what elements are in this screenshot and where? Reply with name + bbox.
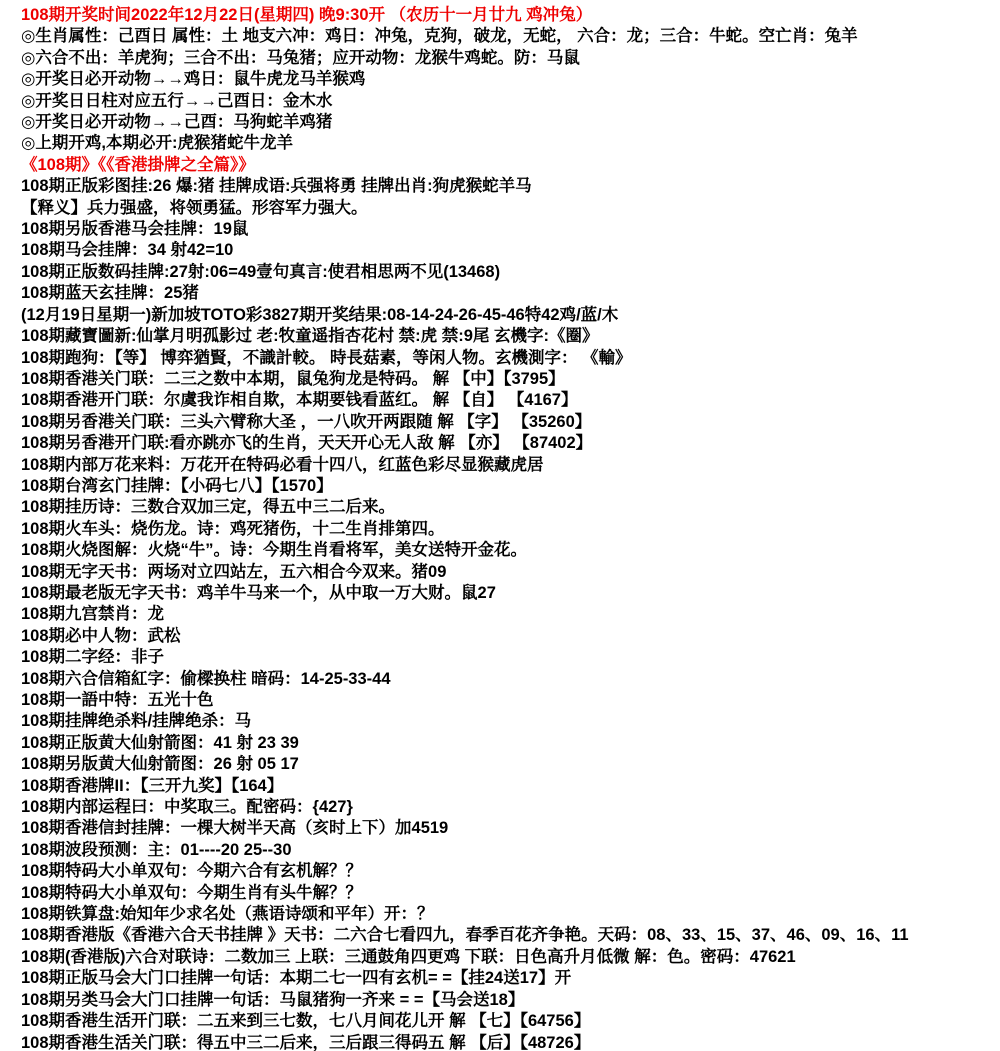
text-line: 108期正版数码挂牌:27射:06=49壹句真言:使君相思两不见(13468) (21, 262, 998, 283)
text-line: 108期最老版无字天书：鸡羊牛马来一个，从中取一万大财。鼠27 (21, 583, 998, 604)
text-line: 108期另类马会大门口挂牌一句话：马鼠猪狗一齐来 = =【马会送18】 (21, 990, 998, 1011)
text-line: ◎开奖日日柱对应五行→→己酉日：金木水 (21, 91, 998, 112)
highlight-text-line: 108期开奖时间2022年12月22日(星期四) 晚9:30开 （农历十一月廿九… (21, 5, 998, 26)
text-line: (12月19日星期一)新加坡TOTO彩3827期开奖结果:08-14-24-26… (21, 305, 998, 326)
text-line: 108期正版黄大仙射箭图：41 射 23 39 (21, 733, 998, 754)
text-line: 108期马会挂牌：34 射42=10 (21, 240, 998, 261)
text-line: 108期香港关门联：二三之数中本期，鼠兔狗龙是特码。 解 【中】【3795】 (21, 369, 998, 390)
text-line: 108期香港生活关门联：得五中三二后来，三后跟三得码五 解 【后】【48726】 (21, 1033, 998, 1051)
text-line: ◎生肖属性：己酉日 属性：土 地支六冲：鸡日：冲兔，克狗，破龙，无蛇， 六合：龙… (21, 26, 998, 47)
text-line: 108期无字天书：两场对立四站左，五六相合今双来。猪09 (21, 562, 998, 583)
text-line: 108期火烧图解：火烧“牛”。诗：今期生肖看将军，美女送特开金花。 (21, 540, 998, 561)
text-line: ◎开奖日必开动物→→己酉：马狗蛇羊鸡猪 (21, 112, 998, 133)
text-line: ◎上期开鸡,本期必开:虎猴猪蛇牛龙羊 (21, 133, 998, 154)
text-line: 108期香港信封挂牌：一棵大树半天高（亥时上下）加4519 (21, 818, 998, 839)
text-line: 108期香港牌II：【三开九奖】【164】 (21, 776, 998, 797)
text-line: 108期(香港版)六合对联诗：二数加三 上联：三通鼓角四更鸡 下联：日色高升月低… (21, 947, 998, 968)
text-line: 108期藏寶圖新:仙掌月明孤影过 老:牧童遥指杏花村 禁:虎 禁:9尾 玄機字:… (21, 326, 998, 347)
text-line: 108期火车头：烧伤龙。诗：鸡死猪伤，十二生肖排第四。 (21, 519, 998, 540)
text-line: 108期波段预测：主：01----20 25--30 (21, 840, 998, 861)
text-line: 108期香港生活开门联：二五来到三七数，七八月间花儿开 解 【七】【64756】 (21, 1011, 998, 1032)
text-line: 【释义】兵力强盛，将领勇猛。形容军力强大。 (21, 198, 998, 219)
text-line: 108期必中人物：武松 (21, 626, 998, 647)
text-line: 108期挂牌绝杀料/挂牌绝杀：马 (21, 711, 998, 732)
text-line: 108期另香港关门联：三头六臂称大圣 ，一八吹开两跟随 解 【字】 【35260… (21, 412, 998, 433)
text-line: 108期另版黄大仙射箭图：26 射 05 17 (21, 754, 998, 775)
text-line: 108期内部运程曰：中奖取三。配密码：{427} (21, 797, 998, 818)
lottery-tips-document: 108期开奖时间2022年12月22日(星期四) 晚9:30开 （农历十一月廿九… (0, 0, 1000, 1051)
text-line: 108期台湾玄门挂牌：【小码七八】【1570】 (21, 476, 998, 497)
text-line: 108期正版彩图挂:26 爆:猪 挂牌成语:兵强将勇 挂牌出肖:狗虎猴蛇羊马 (21, 176, 998, 197)
text-line: 108期另版香港马会挂牌：19鼠 (21, 219, 998, 240)
text-line: 108期特码大小单双句：今期六合有玄机解？？ (21, 861, 998, 882)
text-line: 108期九宫禁肖：龙 (21, 604, 998, 625)
text-line: 108期内部万花来料：万花开在特码必看十四八，红蓝色彩尽显猴藏虎居 (21, 455, 998, 476)
text-line: 108期六合信箱紅字：偷樑换柱 暗码：14-25-33-44 (21, 669, 998, 690)
text-line: 108期二字经：非子 (21, 647, 998, 668)
text-line: 108期正版马会大门口挂牌一句话：本期二七一四有玄机= =【挂24送17】开 (21, 968, 998, 989)
document-lines: 108期开奖时间2022年12月22日(星期四) 晚9:30开 （农历十一月廿九… (21, 5, 998, 1051)
text-line: 108期另香港开门联:看亦跳亦飞的生肖，天天开心无人敌 解 【亦】 【87402… (21, 433, 998, 454)
text-line: 108期香港版《香港六合天书挂牌 》天书：二六合七看四九，春季百花齐争艳。天码：… (21, 925, 998, 946)
text-line: 108期蓝天玄挂牌：25猪 (21, 283, 998, 304)
text-line: 108期跑狗：【等】 博弈猶賢，不識計較。 時長菇素，等闲人物。玄機測字： 《輸… (21, 348, 998, 369)
text-line: 108期香港开门联：尔虞我诈相自欺，本期要钱看蓝红。 解 【自】 【4167】 (21, 390, 998, 411)
highlight-text-line: 《108期》《《香港掛牌之全篇》》 (21, 155, 998, 176)
text-line: 108期挂历诗：三数合双加三定，得五中三二后来。 (21, 497, 998, 518)
text-line: ◎六合不出：羊虎狗；三合不出：马兔猪；应开动物：龙猴牛鸡蛇。防：马鼠 (21, 48, 998, 69)
text-line: 108期铁算盘:始知年少求名处（燕语诗颂和平年）开：？ (21, 904, 998, 925)
text-line: 108期特码大小单双句：今期生肖有头牛解？？ (21, 883, 998, 904)
text-line: ◎开奖日必开动物→→鸡日：鼠牛虎龙马羊猴鸡 (21, 69, 998, 90)
text-line: 108期一語中特：五光十色 (21, 690, 998, 711)
